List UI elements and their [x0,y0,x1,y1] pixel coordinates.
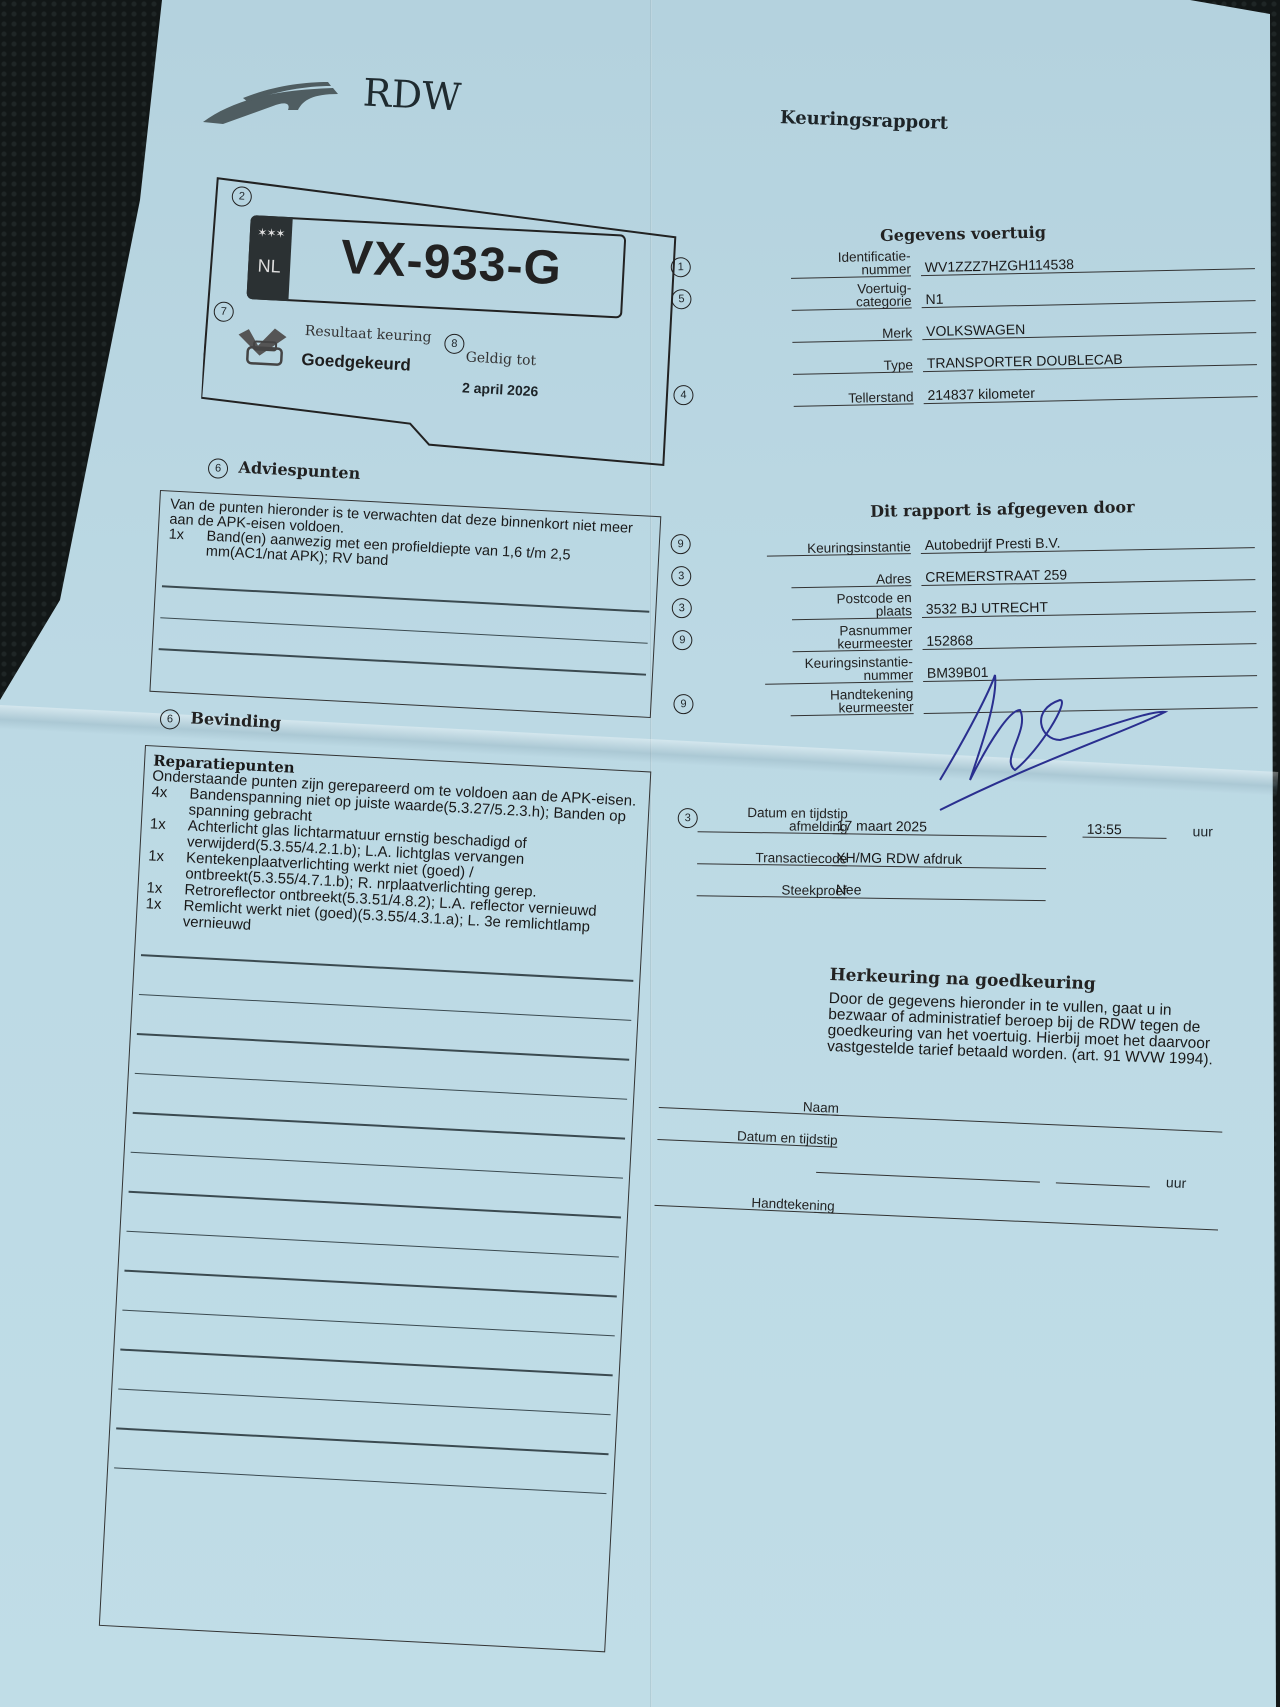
repair-qty: 4x [150,784,190,818]
blank-line [137,1033,629,1060]
vehicle-field-value: 214837 kilometer [923,380,1257,404]
blank-line [129,1191,621,1218]
time-input[interactable] [1056,1168,1151,1187]
eu-band: ✶✶✶ NL [246,215,292,301]
blank-line [116,1427,608,1454]
blank-line [131,1151,623,1178]
issuer-field-value: CREMERSTRAAT 259 [921,563,1255,586]
completion-date: 17 maart 2025 [833,817,1047,837]
issuer-field-label: Keuringsinstantie [767,540,911,557]
advice-box: Van de punten hieronder is te verwachten… [149,490,661,718]
vehicle-field-label: Tellerstand [793,390,913,407]
marker-6: 6 [208,458,229,479]
rdw-logo-icon [203,80,353,130]
blank-line [120,1349,612,1376]
vehicle-field-value: WV1ZZZ7HZGH114538 [921,252,1255,276]
repair-qty: 1x [144,896,184,930]
issuer-field-value: 152868 [922,627,1256,650]
completion-time: 13:55 [1083,821,1167,839]
marker-3: 3 [678,808,698,828]
inspector-signature [920,670,1180,825]
signature-label: Handtekening [655,1192,835,1214]
vehicle-field-value: VOLKSWAGEN [922,316,1256,340]
reinspection-time-unit: uur [1166,1174,1187,1191]
issuer-field-value: 3532 BJ UTRECHT [922,595,1256,618]
issuer-field-value: Autobedrijf Presti B.V. [921,531,1255,554]
completion-section: 3 Datum en tijdstip afmelding 17 maart 2… [677,800,1238,908]
eu-stars-icon: ✶✶✶ [250,225,293,241]
blank-line [124,1270,616,1297]
vehicle-field-value: N1 [921,284,1255,308]
transaction-code: XH/MG RDW afdruk [832,849,1046,869]
plate-number: VX-933-G [339,230,563,297]
transaction-label: Transactiecode [697,850,847,866]
vehicle-data-section: Gegevens voertuig 1Identificatie- nummer… [690,218,1254,413]
finding-title: Bevinding [190,708,282,732]
issuer-field-label: Pasnummer keurmeester [792,623,912,652]
reinspection-section: Herkeuring na goedkeuring Door de gegeve… [827,965,1230,1069]
blank-line [139,994,631,1021]
blank-line [133,1112,625,1139]
blank-line [118,1388,610,1415]
plate-country: NL [248,255,291,278]
completion-date-label: Datum en tijdstip afmelding [698,805,848,834]
rdw-logo [203,80,353,135]
vehicle-field-label: Identificatie- nummer [790,249,911,279]
reinspection-fields: Naam Datum en tijdstip uur Handtekening [654,1080,1239,1235]
sample-label: Steekproef [697,882,847,898]
issuer-field-label: Handtekening keurmeester [790,687,914,716]
vehicle-field-value: TRANSPORTER DOUBLECAB [923,348,1257,372]
vehicle-field-label: Voertuig- categorie [791,281,912,311]
sample-value: Nee [832,881,1046,901]
registration-card: 2 ✶✶✶ NL VX-933-G 7 Resultaat keuring Go… [199,173,682,467]
advice-qty: 1x [167,528,207,560]
time-unit: uur [1193,823,1213,839]
issuer-field-label: Keuringsinstantie- nummer [765,655,914,685]
vehicle-field-label: Merk [792,326,912,343]
repair-qty: 1x [147,848,187,882]
issuer-field-label: Adres [791,572,911,588]
blank-line [127,1230,619,1257]
org-name: RDW [362,70,462,119]
blank-line [135,1072,627,1099]
repair-qty: 1x [149,816,189,850]
blank-line [122,1309,614,1336]
blank-line [141,954,633,981]
repair-box: Reparatiepunten Onderstaande punten zijn… [99,745,651,1652]
blank-line [114,1467,606,1494]
marker-6b: 6 [160,709,181,730]
issuer-field-label: Postcode en plaats [792,591,912,620]
vehicle-field-label: Type [793,358,913,375]
